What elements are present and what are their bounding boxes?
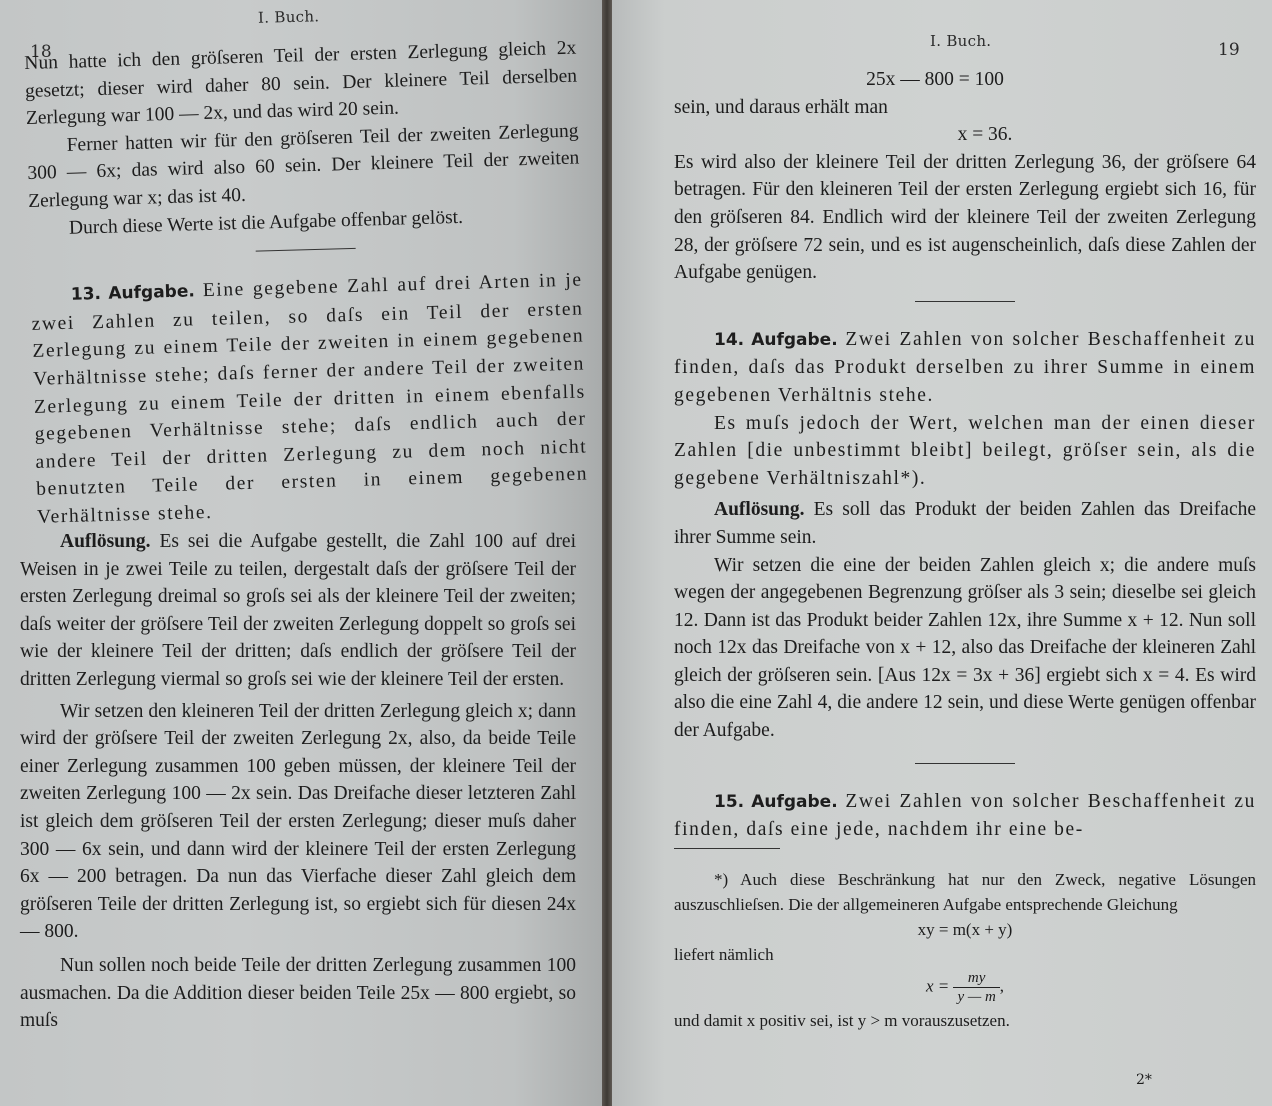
footnote-fraction-equation: x = my y — m ,	[674, 969, 1256, 1006]
section-divider	[915, 301, 1015, 302]
footnote-equation: xy = m(x + y)	[674, 917, 1256, 942]
fraction-trail: ,	[1000, 976, 1004, 995]
footnote-text: *) Auch diese Beschränkung hat nur den Z…	[674, 867, 1256, 917]
left-page: I. Buch. 18 Nun hatte ich den gröſseren …	[0, 0, 604, 1106]
paragraph: sein, und daraus erhält man	[674, 94, 1256, 122]
problem-13-text: Eine gegebene Zahl auf drei Arten in je …	[31, 270, 588, 528]
right-page: I. Buch. 19 25x — 800 = 100 sein, und da…	[612, 0, 1272, 1106]
fraction: my y — m	[953, 969, 999, 1006]
running-head-left: I. Buch.	[258, 7, 320, 27]
problem-15-label: 15. Aufgabe.	[714, 792, 838, 812]
right-text: 25x — 800 = 100 sein, und daraus erhält …	[674, 66, 1256, 1033]
book-spine	[602, 0, 612, 1106]
running-head-right: I. Buch.	[930, 32, 991, 50]
paragraph: Nun hatte ich den gröſseren Teil der ers…	[24, 35, 578, 133]
solution-13-text: Es sei die Aufgabe gestellt, die Zahl 10…	[20, 531, 576, 690]
solution-14: Auflösung. Es soll das Produkt der beide…	[674, 496, 1256, 551]
problem-13-label: 13. Aufgabe.	[71, 281, 196, 304]
solution-14-label: Auflösung.	[714, 499, 805, 520]
signature-mark: 2*	[1136, 1072, 1152, 1088]
equation: 25x — 800 = 100	[674, 66, 1256, 94]
fraction-denominator: y — m	[953, 988, 999, 1006]
page-number-right: 19	[1218, 40, 1240, 60]
section-divider	[256, 248, 356, 252]
footnote-text: liefert nämlich	[674, 942, 1256, 967]
paragraph: Nun sollen noch beide Teile der dritten …	[20, 952, 576, 1035]
problem-14-condition: Es muſs jedoch der Wert, welchen man der…	[674, 410, 1256, 493]
paragraph: Wir setzen den kleineren Teil der dritte…	[20, 698, 576, 946]
fraction-lhs: x =	[926, 976, 949, 995]
footnote: *) Auch diese Beschränkung hat nur den Z…	[674, 867, 1256, 1033]
equation: x = 36.	[674, 121, 1256, 149]
footnote-text: und damit x positiv sei, ist y > m vorau…	[674, 1008, 1256, 1033]
problem-13: 13. Aufgabe. Eine gegebene Zahl auf drei…	[30, 267, 589, 532]
left-bottom-text: Auflösung. Es sei die Aufgabe gestellt, …	[20, 528, 576, 1035]
left-top-text: Nun hatte ich den gröſseren Teil der ers…	[24, 35, 589, 532]
paragraph: Wir setzen die eine der beiden Zahlen gl…	[674, 552, 1256, 745]
solution-13-label: Auflösung.	[60, 531, 151, 552]
problem-14-label: 14. Aufgabe.	[714, 330, 838, 350]
problem-15: 15. Aufgabe. Zwei Zahlen von solcher Bes…	[674, 788, 1256, 844]
paragraph: Es wird also der kleinere Teil der dritt…	[674, 149, 1256, 287]
footnote-divider	[674, 848, 780, 849]
paragraph: Ferner hatten wir für den gröſseren Teil…	[26, 117, 580, 215]
solution-13: Auflösung. Es sei die Aufgabe gestellt, …	[20, 528, 576, 694]
fraction-numerator: my	[953, 969, 999, 988]
section-divider	[915, 763, 1015, 764]
problem-14: 14. Aufgabe. Zwei Zahlen von solcher Bes…	[674, 326, 1256, 410]
